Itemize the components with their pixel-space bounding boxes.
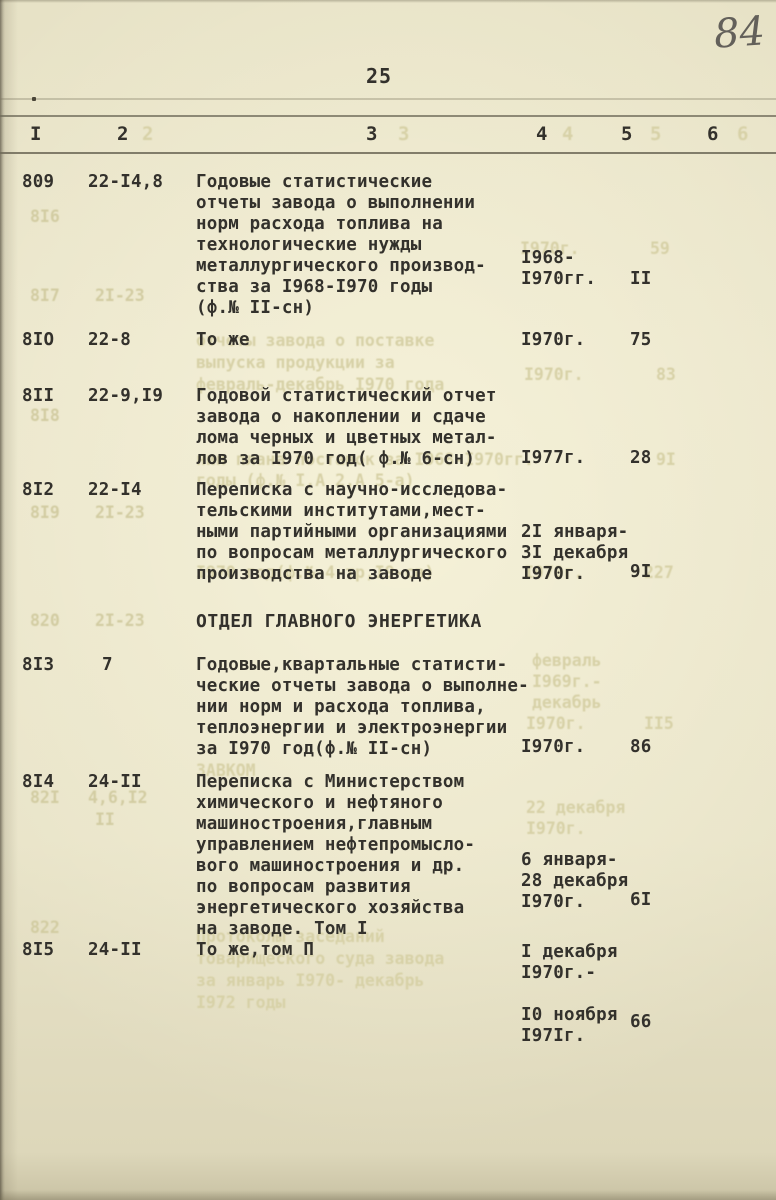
row-title: Годовые,квартальные статисти- ческие отч… [196, 655, 532, 760]
column-header-3: 3 [366, 123, 377, 145]
row-number: 8I5 [22, 940, 54, 961]
row-sheet-count: 6I [630, 890, 651, 911]
column-header-4: 4 [536, 123, 547, 145]
bleed-through-text: 59 [650, 238, 670, 259]
column-header-5: 5 [621, 123, 632, 145]
row-number: 8IO [22, 330, 54, 351]
bleed-through-text: 8I7 [30, 285, 60, 306]
document-page: 2 3 4 5 6 8I6 I970г. 59 8I7 2I-23 отчеты… [0, 0, 776, 1200]
bleed-through-text: 2I-23 [95, 285, 145, 306]
bleed-through-text: I972 годы [196, 992, 285, 1013]
row-title: Переписка с Министерством химического и … [196, 772, 532, 940]
row-index: 22-I4 [88, 480, 142, 501]
bleed-through-text: I969г.- [532, 671, 602, 692]
row-title: Переписка с научно-исследова- тельскими … [196, 480, 532, 585]
bleed-through-text: 9I [656, 449, 676, 470]
bleed-through-text: 8I9 [30, 502, 60, 523]
bleed-through-text: 3 [398, 124, 409, 145]
column-header-1: I [30, 123, 41, 145]
section-header: ОТДЕЛ ГЛАВНОГО ЭНЕРГЕТИКА [196, 611, 482, 632]
row-sheet-count: 86 [630, 737, 651, 758]
row-dates: I970г. [521, 737, 637, 758]
row-number: 8I3 [22, 655, 54, 676]
row-number: 8I2 [22, 480, 54, 501]
page-number: 25 [366, 64, 392, 88]
row-dates: I977г. [521, 448, 637, 469]
bleed-through-text: I970г. [526, 713, 586, 734]
ink-speck [32, 97, 36, 101]
table-header-rule [0, 152, 776, 154]
bleed-through-text: 5 [650, 124, 661, 145]
bleed-through-text: 822 [30, 917, 60, 938]
row-dates: I970г. [521, 330, 637, 351]
bleed-through-text: 8I8 [30, 405, 60, 426]
row-dates: I декабря I970г.- I0 ноября I97Iг. [521, 942, 637, 1047]
bleed-through-text: I970г. [524, 364, 584, 385]
row-dates: 2I января- 3I декабря I970г. [521, 522, 637, 585]
bleed-through-text: 83 [656, 364, 676, 385]
bleed-through-text: I970г. [526, 818, 586, 839]
row-number: 809 [22, 172, 54, 193]
bleed-through-text: 2I-23 [95, 502, 145, 523]
bleed-through-text: выпуска продукции за [196, 352, 395, 373]
row-sheet-count: 66 [630, 1012, 651, 1033]
bleed-through-text: декабрь [532, 692, 602, 713]
row-title: То же,том П [196, 940, 532, 961]
paper-crease [0, 98, 776, 100]
row-dates: I968- I970гг. [521, 248, 637, 290]
row-number: 8I4 [22, 772, 54, 793]
row-number: 8II [22, 386, 54, 407]
scan-edge-line [0, 0, 5, 1200]
bleed-through-text: за январь I970- декабрь [196, 970, 424, 991]
row-sheet-count: 28 [630, 448, 651, 469]
row-index: 22-I4,8 [88, 172, 163, 193]
bleed-through-text: 2I-23 [95, 610, 145, 631]
row-dates: 6 января- 28 декабря I970г. [521, 850, 637, 913]
bleed-through-text: II [95, 809, 115, 830]
row-sheet-count: 75 [630, 330, 651, 351]
column-header-6: 6 [707, 123, 718, 145]
row-title: Годовой статистический отчет завода о на… [196, 386, 532, 470]
bleed-through-text: 4 [562, 124, 573, 145]
row-title: То же [196, 330, 532, 351]
handwritten-folio-number: 84 [712, 8, 766, 57]
bleed-through-text: 6 [737, 124, 748, 145]
row-index: 7 [88, 655, 113, 676]
bleed-through-text: 22 декабря [526, 797, 625, 818]
row-sheet-count: 9I [630, 562, 651, 583]
row-index: 24-II [88, 772, 142, 793]
row-index: 22-8 [88, 330, 131, 351]
table-header-rule [0, 115, 776, 117]
scan-edge-shadow [0, 1190, 776, 1200]
bleed-through-text: 2 [142, 124, 153, 145]
row-index: 24-II [88, 940, 142, 961]
row-sheet-count: II [630, 269, 651, 290]
row-index: 22-9,I9 [88, 386, 163, 407]
column-header-2: 2 [117, 123, 128, 145]
bleed-through-text: II5 [644, 713, 674, 734]
bleed-through-text: февраль [532, 650, 602, 671]
bleed-through-text: 820 [30, 610, 60, 631]
row-title: Годовые статистические отчеты завода о в… [196, 172, 532, 319]
scan-edge-shadow [0, 0, 776, 3]
bleed-through-text: 8I6 [30, 206, 60, 227]
